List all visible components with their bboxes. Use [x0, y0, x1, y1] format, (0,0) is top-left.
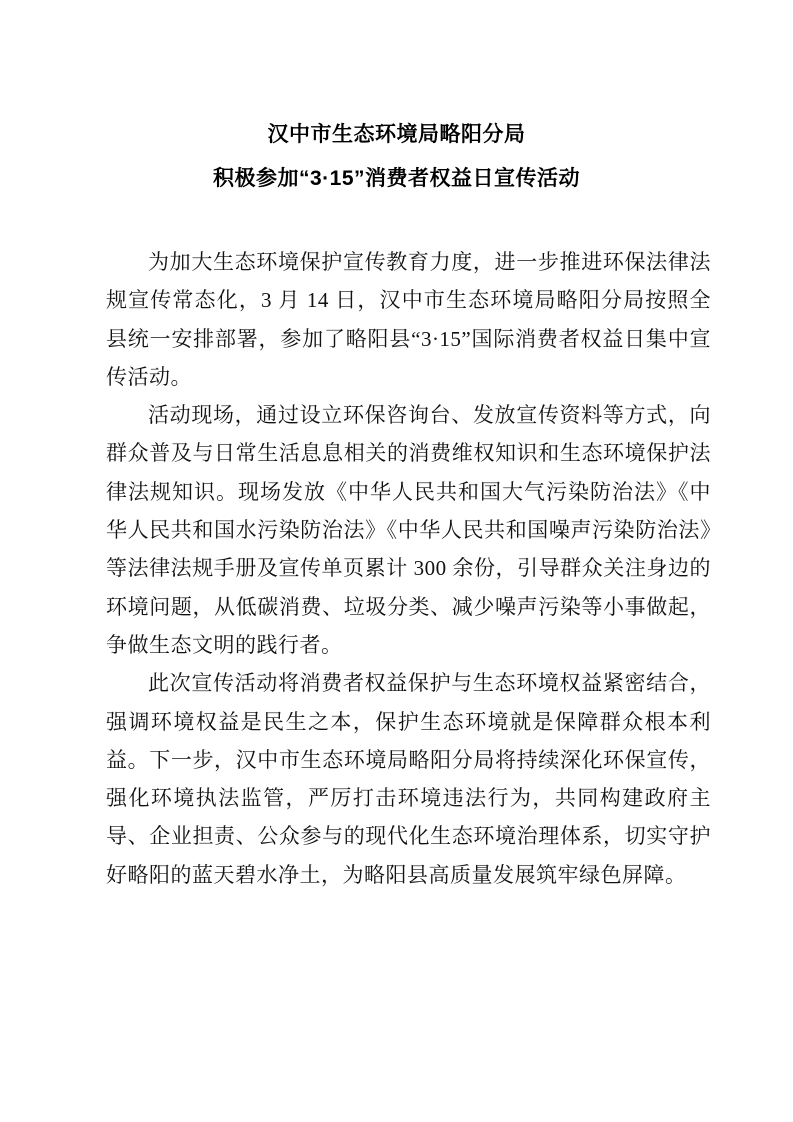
title-line-1: 汉中市生态环境局略阳分局 [0, 113, 793, 157]
document-page: 汉中市生态环境局略阳分局 积极参加“3·15”消费者权益日宣传活动 为加大生态环… [0, 0, 793, 1122]
title-line-2: 积极参加“3·15”消费者权益日宣传活动 [0, 157, 793, 201]
paragraph-activity-details: 活动现场，通过设立环保咨询台、发放宣传资料等方式，向群众普及与日常生活息息相关的… [106, 396, 711, 664]
document-body: 为加大生态环境保护宣传教育力度，进一步推进环保法律法规宣传常态化，3 月 14 … [106, 243, 711, 894]
document-title: 汉中市生态环境局略阳分局 积极参加“3·15”消费者权益日宣传活动 [0, 113, 793, 201]
paragraph-intro: 为加大生态环境保护宣传教育力度，进一步推进环保法律法规宣传常态化，3 月 14 … [106, 243, 711, 396]
paragraph-next-steps: 此次宣传活动将消费者权益保护与生态环境权益紧密结合，强调环境权益是民生之本，保护… [106, 664, 711, 894]
